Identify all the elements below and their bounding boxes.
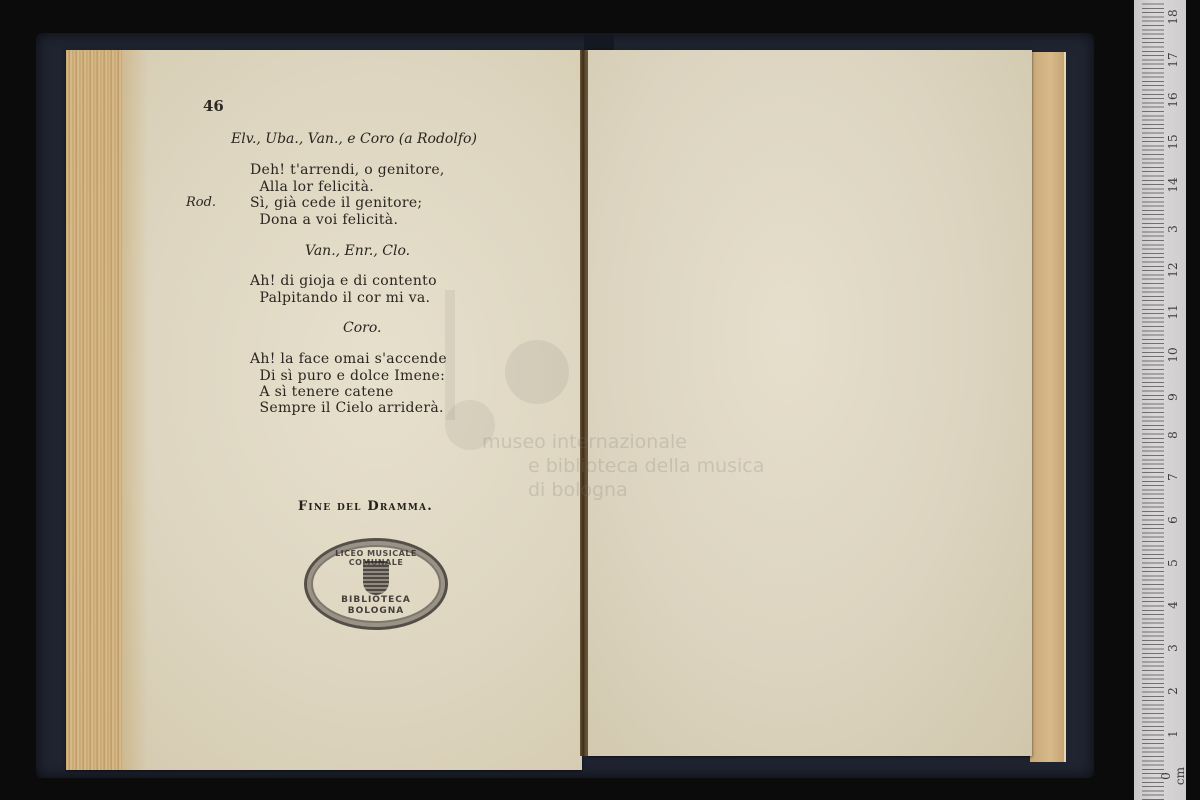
- ruler-label: 1: [1166, 723, 1180, 745]
- ruler-label: 14: [1166, 174, 1180, 196]
- verse-line: Sempre il Cielo arriderà.: [250, 400, 444, 417]
- ruler-label: 3: [1166, 218, 1180, 240]
- verse-line: Palpitando il cor mi va.: [250, 290, 430, 307]
- closing-line: Fine del Dramma.: [298, 499, 433, 514]
- verse-line: Ah! la face omai s'accende: [250, 351, 447, 368]
- ruler-ticks: [1142, 0, 1164, 800]
- ruler-label: 3: [1166, 637, 1180, 659]
- ruler-label: 10: [1166, 344, 1180, 366]
- verse-line: Sì, già cede il genitore;: [250, 195, 422, 212]
- ruler-label: 8: [1166, 424, 1180, 446]
- right-page: [588, 50, 1032, 756]
- verse-line: Alla lor felicità.: [250, 179, 374, 196]
- verse-line: Dona a voi felicità.: [250, 212, 398, 229]
- verse-line: Di sì puro e dolce Imene:: [250, 368, 445, 385]
- page-edge-shadow: [122, 50, 148, 770]
- left-page: 46 Elv., Uba., Van., e Coro (a Rodolfo) …: [66, 50, 582, 770]
- book-gutter: [580, 50, 588, 756]
- page-number: 46: [203, 97, 224, 115]
- stamp-biblioteca: BIBLIOTECA: [307, 595, 445, 606]
- ruler-label: 7: [1166, 466, 1180, 488]
- ruler-label: 6: [1166, 509, 1180, 531]
- verse-line: Ah! di gioja e di contento: [250, 273, 437, 290]
- ruler-label: 11: [1166, 301, 1180, 323]
- ruler-label: 18: [1166, 6, 1180, 28]
- ruler-label: 2: [1166, 680, 1180, 702]
- coat-of-arms-icon: [363, 561, 389, 595]
- library-stamp: LICEO MUSICALE COMUNALE BIBLIOTECA BOLOG…: [304, 538, 448, 630]
- page-edges: [66, 50, 122, 770]
- verse-line: A sì tenere catene: [250, 384, 394, 401]
- ruler-label: 12: [1166, 259, 1180, 281]
- speaker-heading: Van., Enr., Clo.: [305, 243, 410, 259]
- ruler-label: 15: [1166, 131, 1180, 153]
- margin-speaker-label: Rod.: [186, 195, 216, 210]
- speaker-heading: Elv., Uba., Van., e Coro (a Rodolfo): [231, 131, 477, 147]
- ruler-label: 17: [1166, 49, 1180, 71]
- stamp-inner-text: BIBLIOTECA BOLOGNA: [307, 595, 445, 617]
- ruler-label: 0 cm: [1159, 765, 1187, 787]
- stamp-bologna: BOLOGNA: [307, 606, 445, 617]
- verse-line: Deh! t'arrendi, o genitore,: [250, 162, 445, 179]
- ruler-label: 16: [1166, 89, 1180, 111]
- spine-gap: [584, 33, 614, 51]
- back-endpaper: [1030, 52, 1066, 762]
- measurement-ruler: 0 cm 1 2 3 4 5 6 7 8 9 10 11 12 3 14 15 …: [1134, 0, 1186, 800]
- ruler-label: 4: [1166, 594, 1180, 616]
- ruler-label: 5: [1166, 552, 1180, 574]
- ruler-label: 9: [1166, 386, 1180, 408]
- speaker-heading: Coro.: [343, 320, 381, 336]
